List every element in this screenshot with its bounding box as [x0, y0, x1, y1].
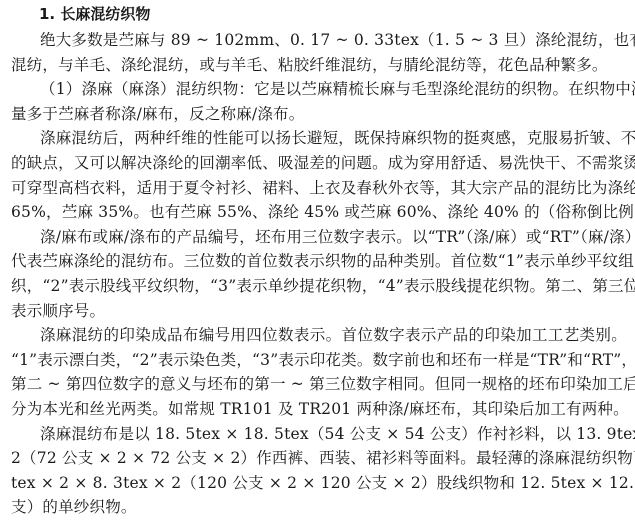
section-heading: 1. 长麻混纺织物: [39, 1, 150, 27]
text-line: 织，“2”表示股线平纹织物，“3”表示单纱提花织物，“4”表示股线提花织物。第二…: [11, 273, 627, 299]
text-line: 涤麻混纺布是以 18. 5tex × 18. 5tex（54 公支 × 54 公…: [40, 421, 627, 447]
text-line: 可穿型高档衣料，适用于夏令衬衫、裙料、上衣及春秋外衣等，其大宗产品的混纺比为涤纶: [11, 175, 627, 201]
text-line: 代表苎麻涤纶的混纺布。三位数的首位数表示织物的品种类别。首位数“1”表示单纱平纹…: [11, 248, 627, 274]
text-line: （1）涤麻（麻涤）混纺织物：它是以苎麻精梳长麻与毛型涤纶混纺的织物。在织物中涤纶…: [40, 76, 627, 102]
text-line: 65%，苎麻 35%。也有苎麻 55%、涤纶 45% 或苎麻 60%、涤纶 40…: [11, 199, 627, 225]
text-line: 分为本光和丝光两类。如常规 TR101 及 TR201 两种涤/麻坯布，其印染后…: [11, 396, 627, 422]
text-line: “1”表示漂白类，“2”表示染色类，“3”表示印花类。数字前也和坯布一样是“TR…: [11, 347, 627, 373]
text-line: 2（72 公支 × 2 × 72 公支 × 2）作西裤、西装、裙衫料等面料。最轻…: [11, 445, 627, 471]
text-line: 绝大多数是苎麻与 89 ~ 102mm、0. 17 ~ 0. 33tex（1. …: [40, 27, 627, 53]
text-line: 第二 ~ 第四位数字的意义与坯布的第一 ~ 第三位数字相同。但同一规格的坯布印染…: [11, 371, 627, 397]
text-line: 的缺点，又可以解决涤纶的回潮率低、吸湿差的问题。成为穿用舒适、易洗快干、不需浆烫…: [11, 150, 627, 176]
text-line: 支）的单纱织物。: [11, 494, 627, 520]
text-line: 涤麻混纺后，两种纤维的性能可以扬长避短，既保持麻织物的挺爽感，克服易折皱、不耐磨: [40, 125, 627, 151]
document-page: 1. 长麻混纺织物 绝大多数是苎麻与 89 ~ 102mm、0. 17 ~ 0.…: [0, 0, 635, 521]
text-line: 涤麻混纺的印染成品布编号用四位数表示。首位数字表示产品的印染加工工艺类别。: [40, 322, 627, 348]
text-line: 表示顺序号。: [11, 298, 627, 324]
text-line: 混纺，与羊毛、涤纶混纺，或与羊毛、粘胶纤维混纺，与腈纶混纺等，花色品种繁多。: [11, 52, 627, 78]
text-line: 涤/麻布或麻/涤布的产品编号，坯布用三位数字表示。以“TR”（涤/麻）或“RT”…: [40, 224, 627, 250]
text-line: 量多于苎麻者称涤/麻布，反之称麻/涤布。: [11, 101, 627, 127]
text-line: tex × 2 × 8. 3tex × 2（120 公支 × 2 × 120 公…: [11, 470, 627, 496]
